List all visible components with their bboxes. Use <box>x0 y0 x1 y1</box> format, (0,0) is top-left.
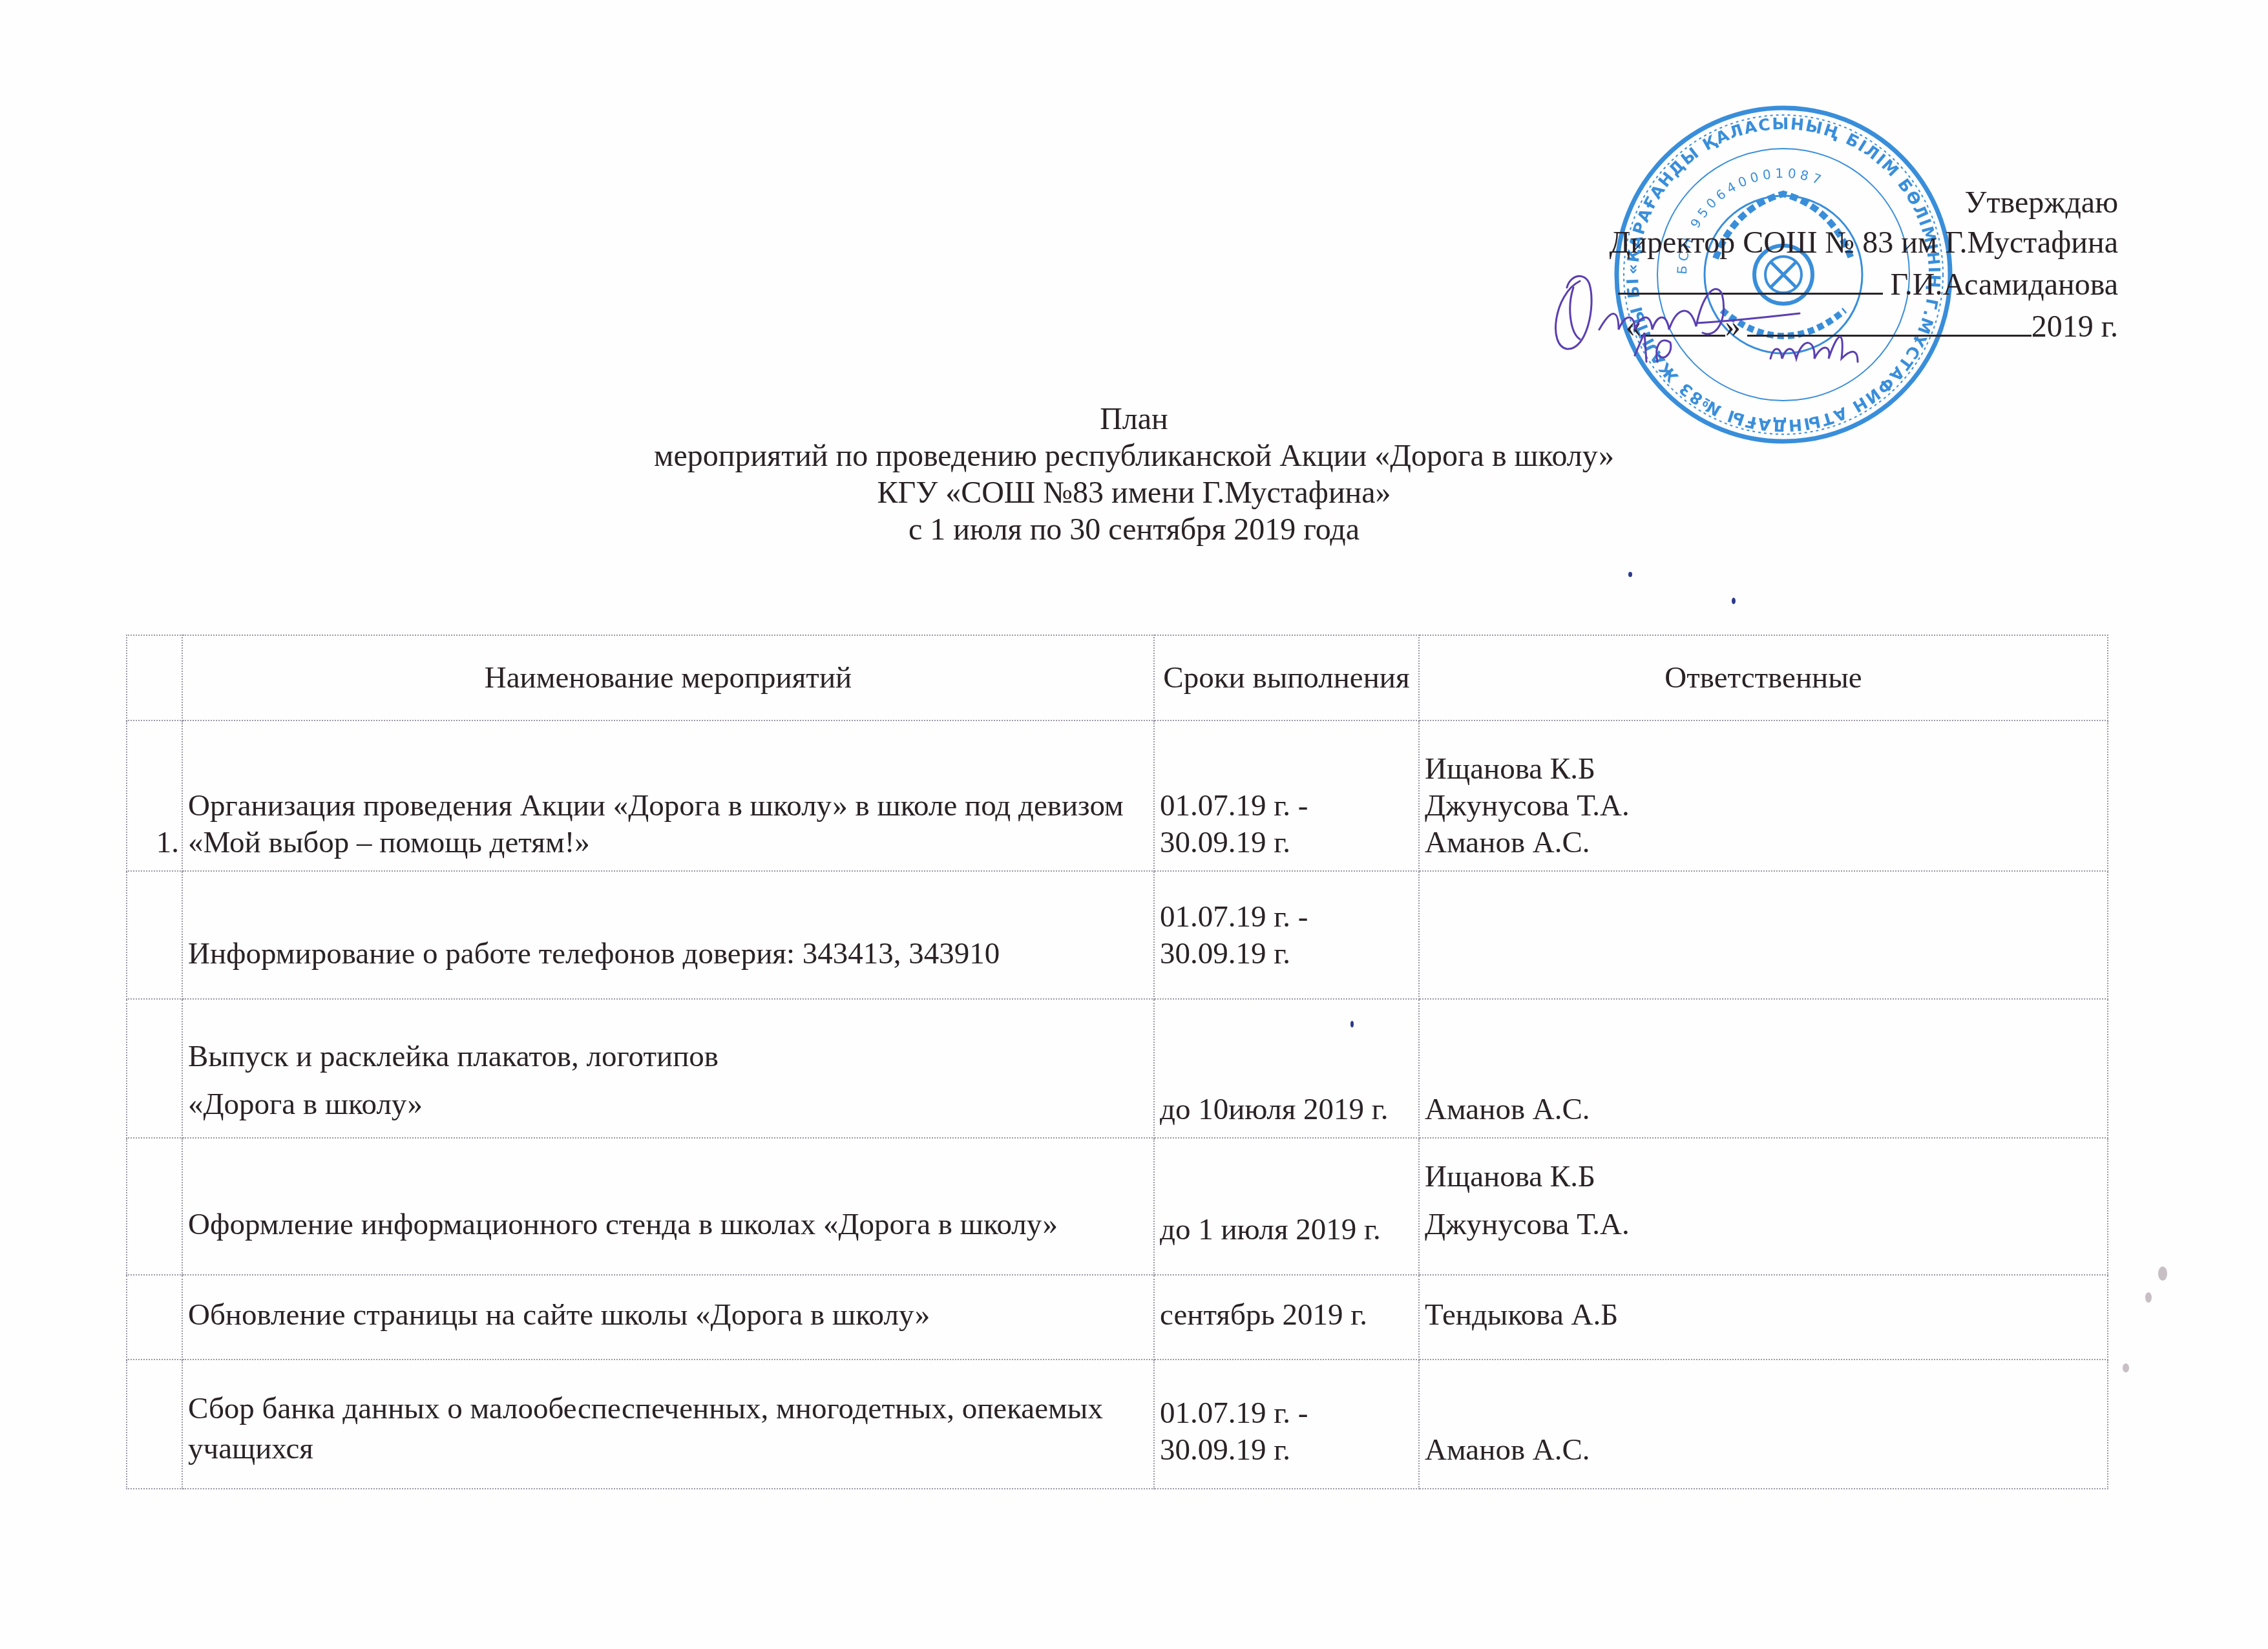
plan-table: Наименование мероприятий Сроки выполнени… <box>126 635 2108 1489</box>
responsible-person: Аманов А.С. <box>1425 824 2102 861</box>
responsible-person: Джунусова Т.А. <box>1425 1201 2102 1248</box>
table-row: Обновление страницы на сайте школы «Доро… <box>127 1275 2108 1360</box>
title-plan: План <box>0 401 2268 437</box>
event-responsible: Ищанова К.Б Джунусова Т.А. Аманов А.С. <box>1419 720 2108 871</box>
event-name: Обновление страницы на сайте школы «Доро… <box>182 1275 1154 1360</box>
event-responsible: Аманов А.С. <box>1419 999 2108 1138</box>
row-number: 1. <box>127 720 182 871</box>
scan-speck <box>1350 1021 1354 1027</box>
responsible-person: Ищанова К.Б <box>1425 1153 2102 1201</box>
scan-speck <box>1732 598 1736 604</box>
row-number <box>127 1275 182 1360</box>
responsible-person: Ищанова К.Б <box>1425 751 2102 788</box>
event-name: Сбор банка данных о малообеспеспеченных,… <box>182 1360 1154 1489</box>
event-responsible: Тендыкова А.Б <box>1419 1275 2108 1360</box>
header-responsible: Ответственные <box>1419 635 2108 720</box>
responsible-person: Аманов А.С. <box>1425 1432 2102 1469</box>
event-deadline: до 10июля 2019 г. <box>1154 999 1419 1138</box>
header-number <box>127 635 182 720</box>
approval-year: 2019 г. <box>2032 310 2118 344</box>
approval-heading: Утверждаю <box>1610 183 2119 223</box>
approval-signatory: Г.И.Асамиданова <box>1891 268 2118 302</box>
handwritten-date <box>1609 310 1945 375</box>
table-row: Выпуск и расклейка плакатов, логотипов «… <box>127 999 2108 1138</box>
responsible-person: Аманов А.С. <box>1425 1091 2102 1128</box>
event-name: Информирование о работе телефонов довери… <box>182 871 1154 999</box>
event-name: Оформление информационного стенда в школ… <box>182 1138 1154 1275</box>
event-name: Выпуск и расклейка плакатов, логотипов «… <box>182 999 1154 1138</box>
responsible-person: Тендыкова А.Б <box>1425 1297 2102 1334</box>
table-row: Информирование о работе телефонов довери… <box>127 871 2108 999</box>
event-name-line: «Дорога в школу» <box>188 1080 1148 1128</box>
scan-speck <box>2123 1363 2129 1372</box>
table-row: Оформление информационного стенда в школ… <box>127 1138 2108 1275</box>
row-number <box>127 1138 182 1275</box>
title-period: с 1 июля по 30 сентября 2019 года <box>0 511 2268 548</box>
header-deadline: Сроки выполнения <box>1154 635 1419 720</box>
event-name-line: Выпуск и расклейка плакатов, логотипов <box>188 1033 1148 1080</box>
title-organization: КГУ «СОШ №83 имени Г.Мустафина» <box>0 474 2268 511</box>
document-title: План мероприятий по проведению республик… <box>0 401 2268 548</box>
event-responsible <box>1419 871 2108 999</box>
event-deadline: 01.07.19 г. - 30.09.19 г. <box>1154 1360 1419 1489</box>
event-deadline: 01.07.19 г. - 30.09.19 г. <box>1154 871 1419 999</box>
title-subject: мероприятий по проведению республиканско… <box>0 437 2268 474</box>
header-event-name: Наименование мероприятий <box>182 635 1154 720</box>
event-responsible: Ищанова К.Б Джунусова Т.А. <box>1419 1138 2108 1275</box>
table-row: Сбор банка данных о малообеспеспеченных,… <box>127 1360 2108 1489</box>
table-row: 1. Организация проведения Акции «Дорога … <box>127 720 2108 871</box>
event-name: Организация проведения Акции «Дорога в ш… <box>182 720 1154 871</box>
row-number <box>127 871 182 999</box>
responsible-person: Джунусова Т.А. <box>1425 788 2102 824</box>
event-deadline: 01.07.19 г. - 30.09.19 г. <box>1154 720 1419 871</box>
row-number <box>127 999 182 1138</box>
scan-speck <box>2158 1266 2167 1281</box>
event-deadline: сентябрь 2019 г. <box>1154 1275 1419 1360</box>
scan-speck <box>1628 572 1632 577</box>
approval-position: Директор СОШ № 83 им Г.Мустафина <box>1610 223 2119 263</box>
event-responsible: Аманов А.С. <box>1419 1360 2108 1489</box>
scan-speck <box>2145 1292 2152 1303</box>
row-number <box>127 1360 182 1489</box>
table-header-row: Наименование мероприятий Сроки выполнени… <box>127 635 2108 720</box>
event-deadline: до 1 июля 2019 г. <box>1154 1138 1419 1275</box>
